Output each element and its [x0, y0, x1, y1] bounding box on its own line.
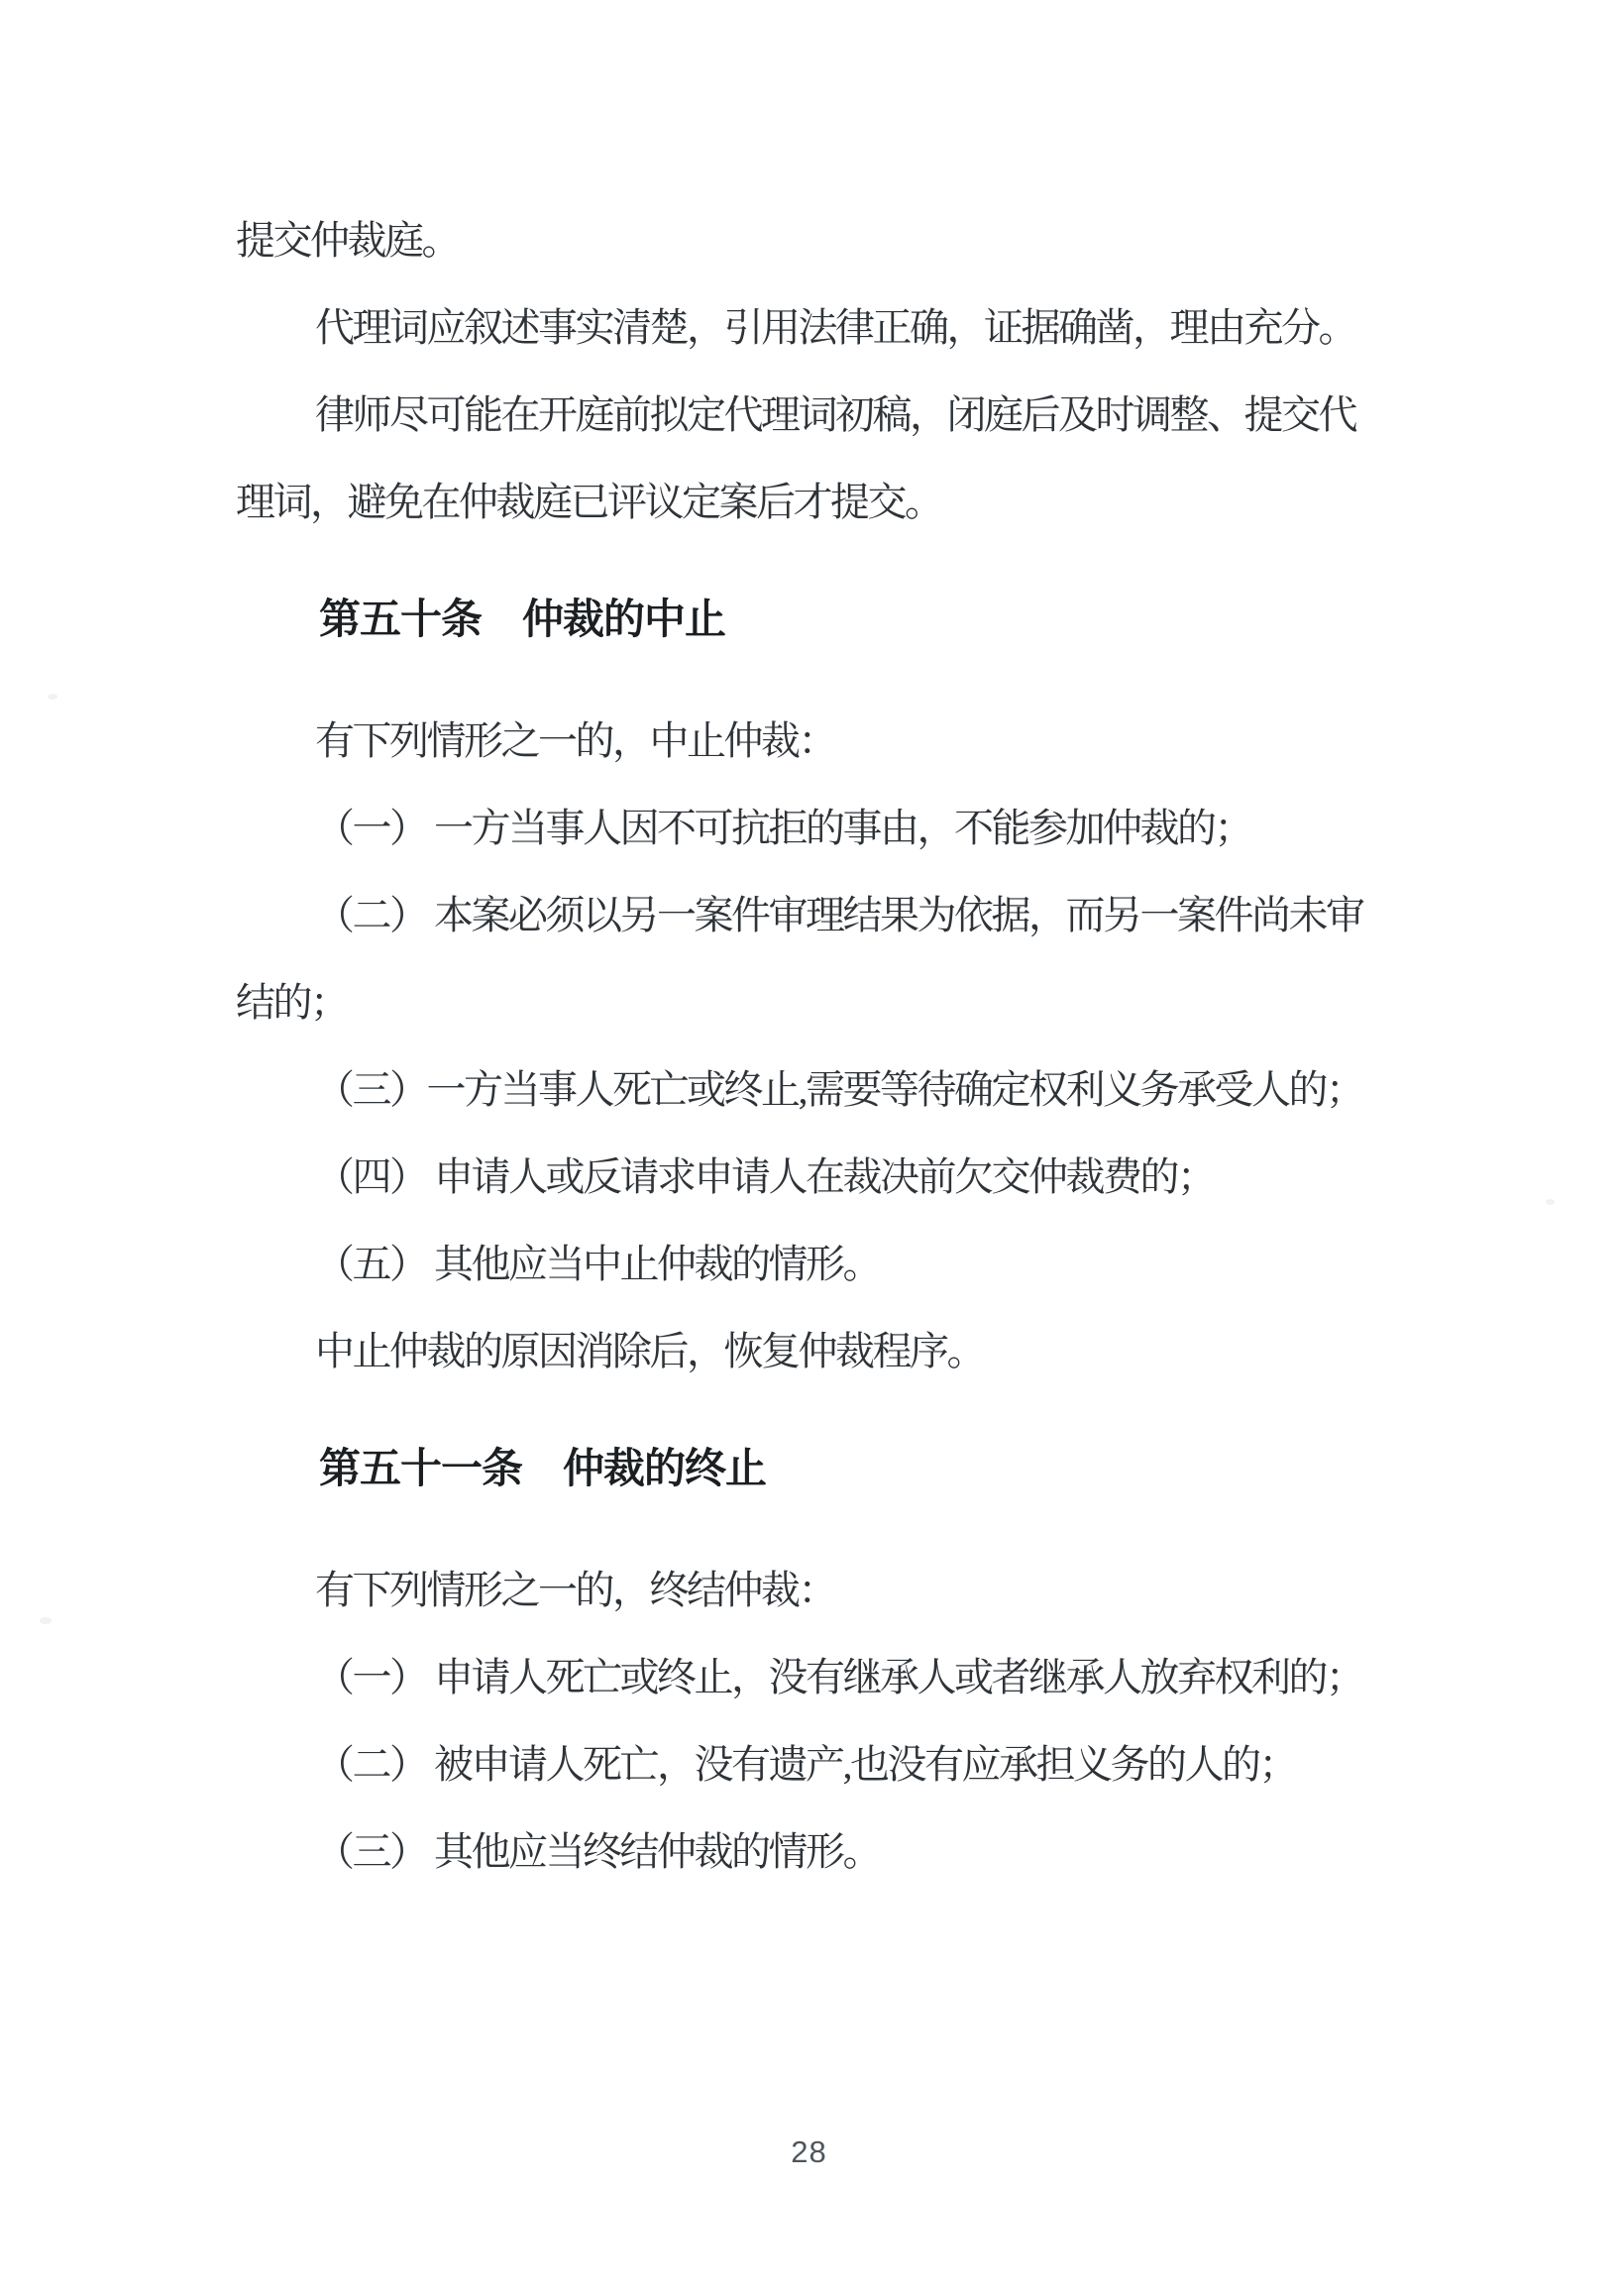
- page-number: 28: [0, 2132, 1618, 2172]
- list-item-termination-3: （三） 其他应当终结仲裁的情形。: [236, 1808, 1379, 1896]
- paragraph-agency-statement-requirements: 代理词应叙述事实清楚，引用法律正确，证据确凿，理由充分。: [236, 284, 1379, 372]
- paragraph-suspension-intro: 有下列情形之一的，中止仲裁：: [236, 698, 1379, 785]
- scan-artifact: [40, 1617, 52, 1624]
- document-text-block: 提交仲裁庭。 代理词应叙述事实清楚，引用法律正确，证据确凿，理由充分。 律师尽可…: [236, 197, 1379, 1896]
- paragraph-termination-intro: 有下列情形之一的，终结仲裁：: [236, 1547, 1379, 1634]
- list-item-suspension-1: （一） 一方当事人因不可抗拒的事由，不能参加仲裁的；: [236, 785, 1379, 872]
- document-page: 提交仲裁庭。 代理词应叙述事实清楚，引用法律正确，证据确凿，理由充分。 律师尽可…: [0, 0, 1618, 2296]
- paragraph-lawyer-draft-timing: 律师尽可能在开庭前拟定代理词初稿，闭庭后及时调整、提交代 理词，避免在仲裁庭已评…: [236, 372, 1379, 546]
- clause-51-heading: 第五十一条 仲裁的终止: [236, 1425, 1379, 1512]
- list-item-suspension-4: （四） 申请人或反请求申请人在裁决前欠交仲裁费的；: [236, 1134, 1379, 1221]
- paragraph-resume-arbitration: 中止仲裁的原因消除后，恢复仲裁程序。: [236, 1308, 1379, 1395]
- list-item-termination-2: （二） 被申请人死亡，没有遗产,也没有应承担义务的人的；: [236, 1721, 1379, 1808]
- list-item-suspension-2: （二） 本案必须以另一案件审理结果为依据，而另一案件尚未审 结的；: [236, 872, 1379, 1046]
- clause-50-heading: 第五十条 仲裁的中止: [236, 576, 1379, 663]
- list-item-suspension-5: （五） 其他应当中止仲裁的情形。: [236, 1221, 1379, 1308]
- list-item-suspension-3: （三）一方当事人死亡或终止,需要等待确定权利义务承受人的；: [236, 1046, 1379, 1134]
- list-item-termination-1: （一） 申请人死亡或终止，没有继承人或者继承人放弃权利的；: [236, 1634, 1379, 1721]
- scan-artifact: [48, 694, 57, 700]
- paragraph-submit-to-tribunal: 提交仲裁庭。: [236, 197, 1379, 284]
- scan-artifact: [1546, 1199, 1555, 1205]
